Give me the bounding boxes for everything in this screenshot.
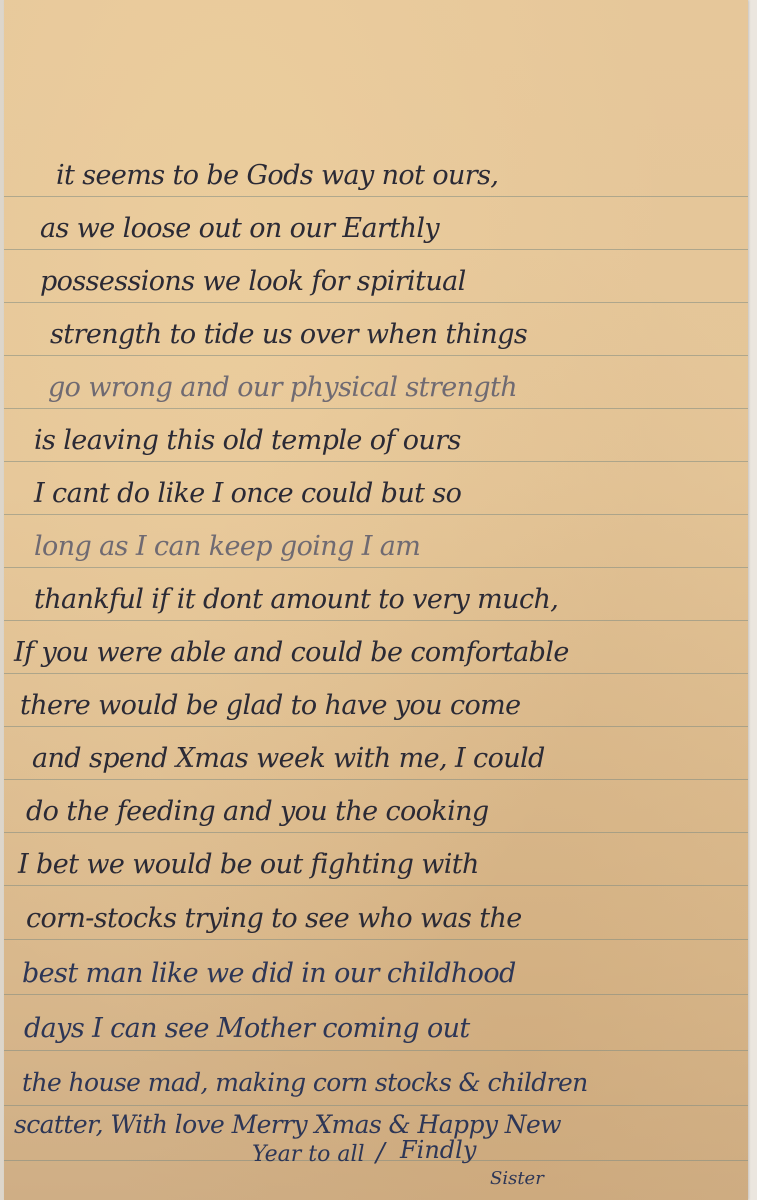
letter-line: possessions we look for spiritual bbox=[40, 266, 466, 297]
rule-line bbox=[4, 832, 748, 833]
rule-line bbox=[4, 779, 748, 780]
letter-line: I cant do like I once could but so bbox=[34, 478, 461, 509]
letter-line: as we loose out on our Earthly bbox=[40, 213, 439, 244]
rule-line bbox=[4, 994, 748, 995]
rule-line bbox=[4, 355, 748, 356]
rule-line bbox=[4, 408, 748, 409]
letter-line: I bet we would be out fighting with bbox=[18, 849, 479, 880]
letter-line: days I can see Mother coming out bbox=[24, 1013, 470, 1044]
letter-line: it seems to be Gods way not ours, bbox=[56, 160, 498, 191]
rule-line bbox=[4, 885, 748, 886]
rule-line bbox=[4, 514, 748, 515]
rule-line bbox=[4, 673, 748, 674]
letter-line: long as I can keep going I am bbox=[34, 531, 420, 562]
closing-line: Year to all bbox=[252, 1142, 365, 1167]
letter-line: do the feeding and you the cooking bbox=[26, 796, 489, 827]
rule-line bbox=[4, 567, 748, 568]
letter-line: corn-stocks trying to see who was the bbox=[26, 903, 522, 934]
letter-line: best man like we did in our childhood bbox=[22, 958, 516, 989]
letter-line: there would be glad to have you come bbox=[20, 690, 521, 721]
letter-line: scatter, With love Merry Xmas & Happy Ne… bbox=[14, 1110, 561, 1139]
rule-line bbox=[4, 939, 748, 940]
letter-line: and spend Xmas week with me, I could bbox=[32, 743, 545, 774]
rule-line bbox=[4, 726, 748, 727]
rule-line bbox=[4, 1105, 748, 1106]
letter-page: it seems to be Gods way not ours, as we … bbox=[4, 0, 748, 1200]
rule-line bbox=[4, 302, 748, 303]
letter-line: is leaving this old temple of ours bbox=[34, 425, 461, 456]
rule-line bbox=[4, 1050, 748, 1051]
letter-line: go wrong and our physical strength bbox=[48, 372, 517, 403]
rule-line bbox=[4, 196, 748, 197]
closing-separator: / bbox=[376, 1138, 385, 1168]
letter-line: thankful if it dont amount to very much, bbox=[34, 584, 558, 615]
rule-line bbox=[4, 461, 748, 462]
letter-line: If you were able and could be comfortabl… bbox=[14, 637, 569, 668]
rule-line bbox=[4, 249, 748, 250]
signature-sister: Sister bbox=[490, 1168, 544, 1189]
letter-line: the house mad, making corn stocks & chil… bbox=[22, 1068, 588, 1097]
letter-line: strength to tide us over when things bbox=[50, 319, 527, 350]
signer-name: Findly bbox=[400, 1136, 476, 1164]
rule-line bbox=[4, 620, 748, 621]
